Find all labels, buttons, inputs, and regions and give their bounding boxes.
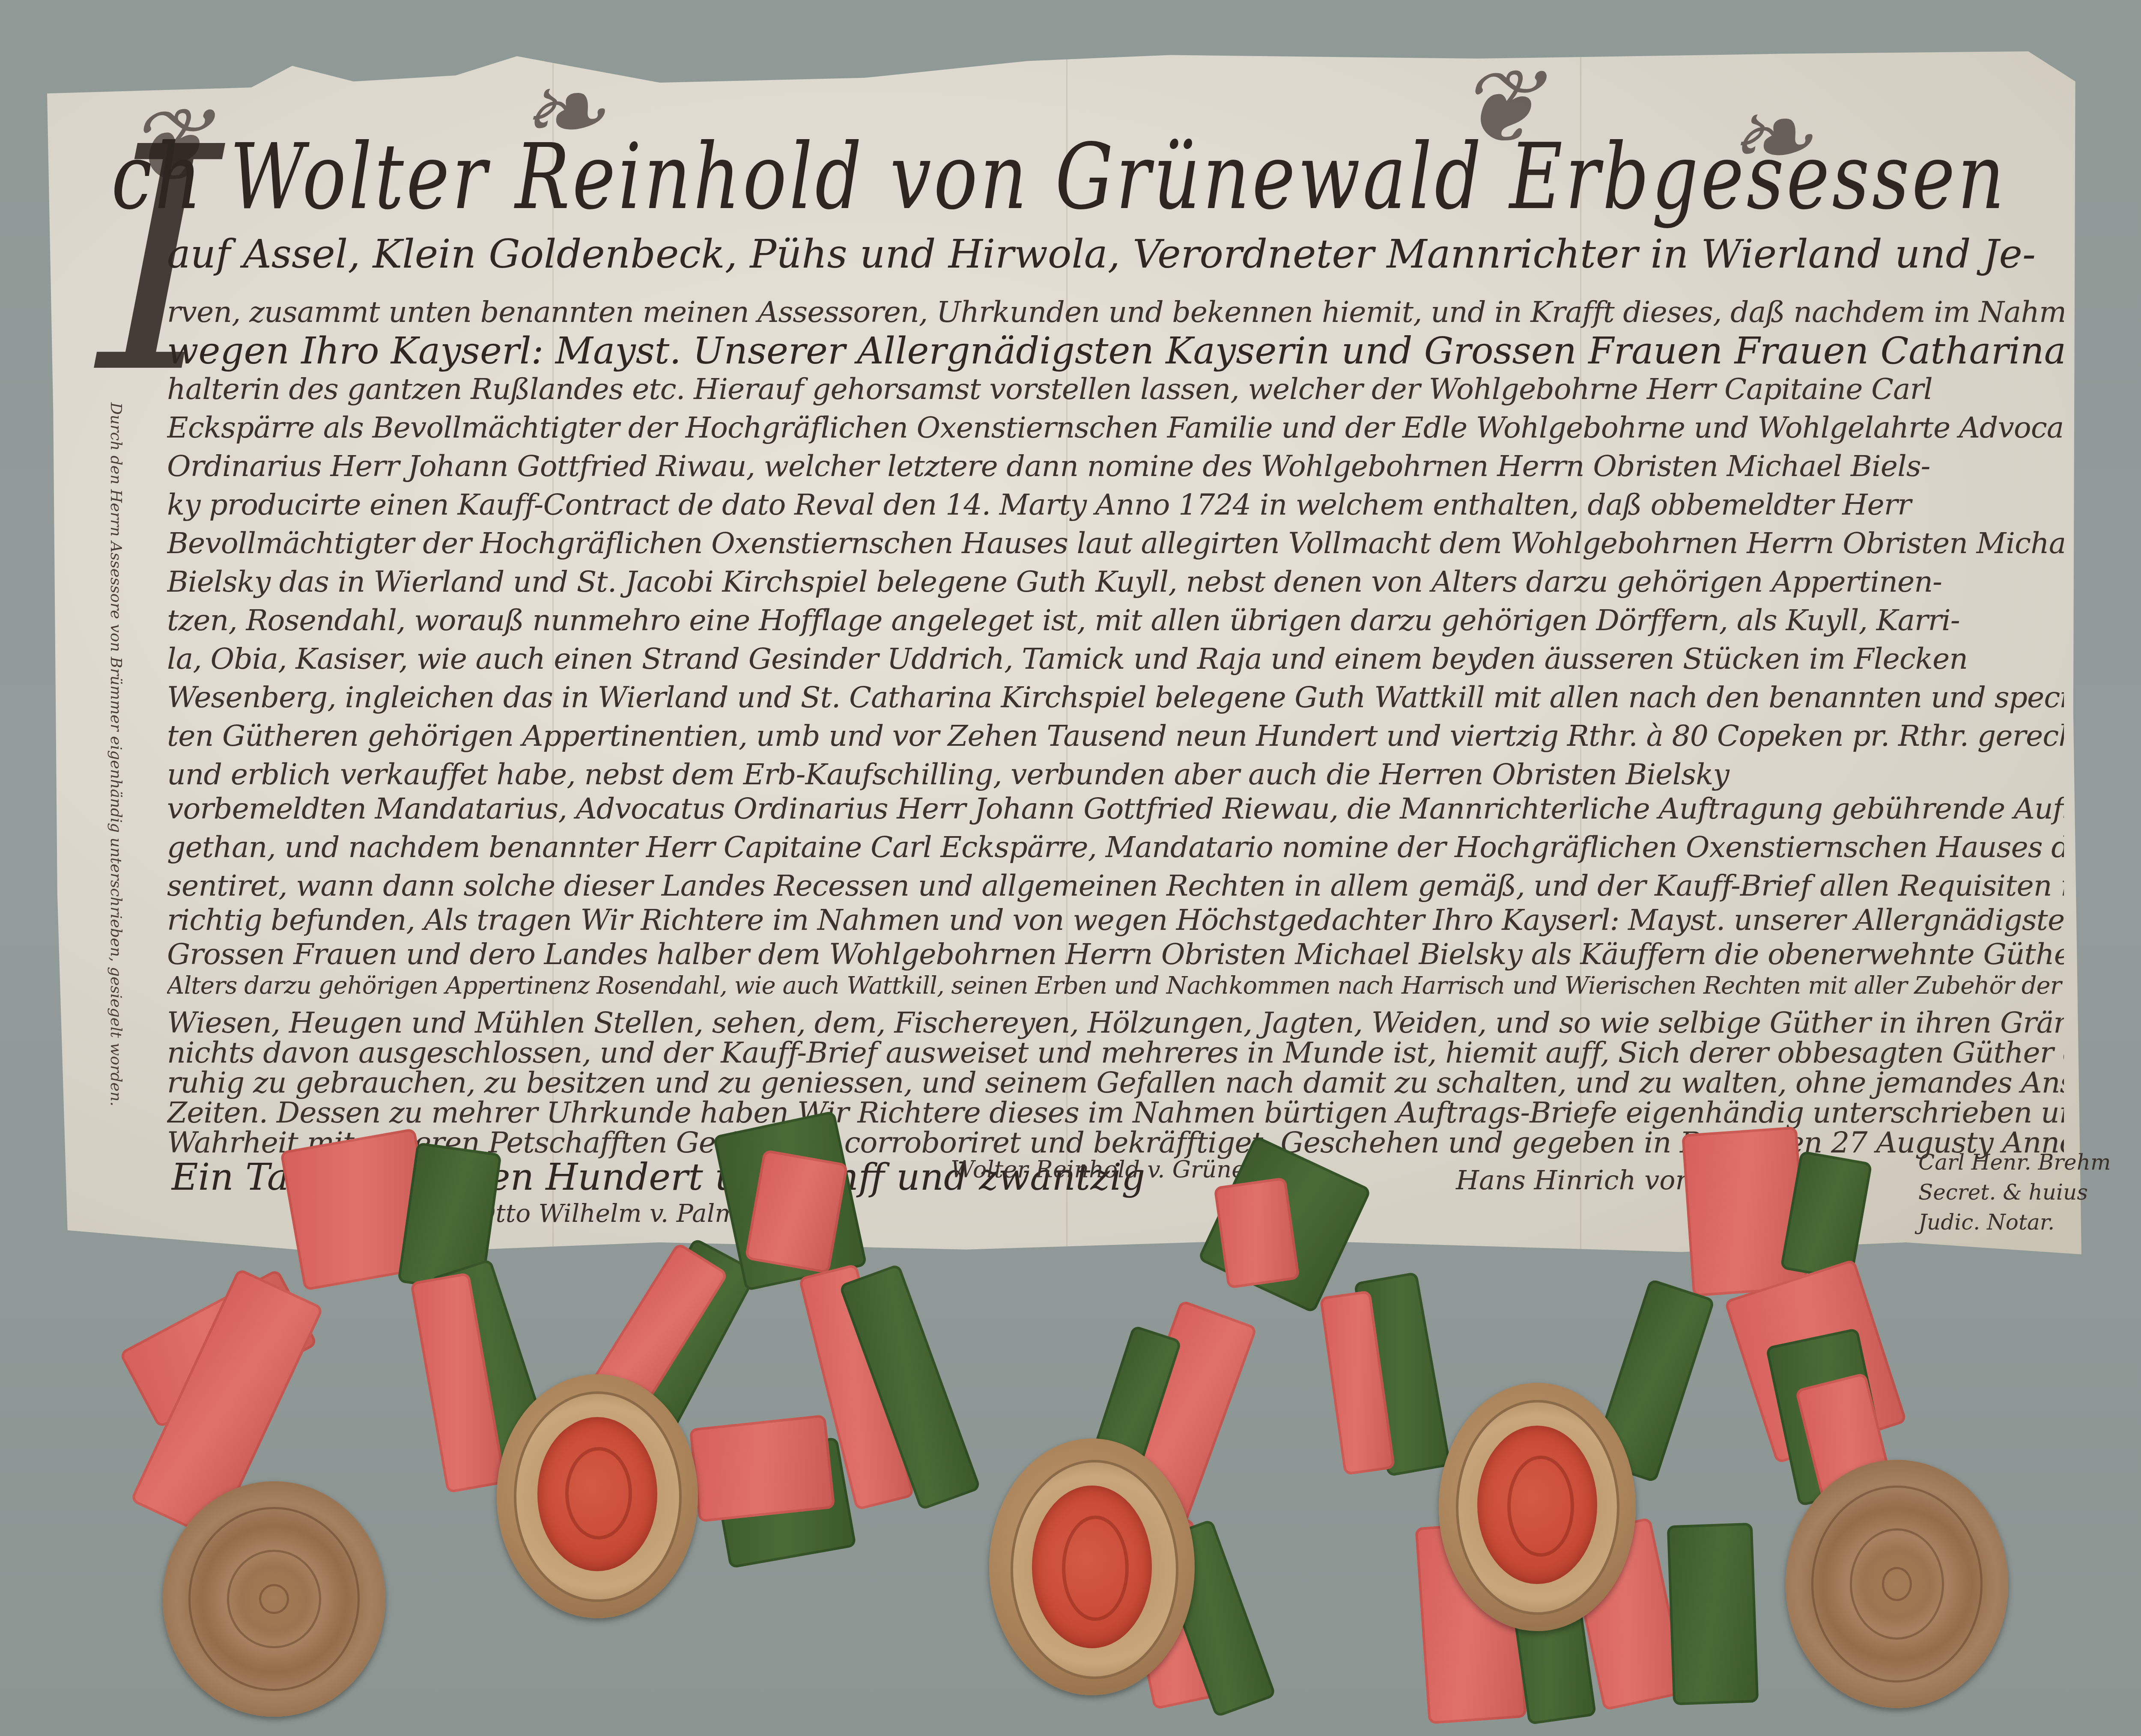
notary-line: Judic. Notar. — [1918, 1207, 2111, 1237]
body-line: gethan, und nachdem benannter Herr Capit… — [167, 831, 2064, 864]
body-line: sentiret, wann dann solche dieser Landes… — [167, 869, 2064, 903]
wax-seal-3 — [1439, 1383, 1636, 1631]
margin-note: Durch den Herrn Assessore von Brümmer ei… — [107, 402, 125, 1106]
ribbon-red — [1682, 1126, 1808, 1297]
notary-line: Carl Henr. Brehm — [1918, 1147, 2111, 1177]
body-line: ruhig zu gebrauchen, zu besitzen und zu … — [167, 1066, 2064, 1100]
body-line: rven, zusammt unten benannten meinen Ass… — [167, 295, 2064, 329]
wax-seal-2 — [989, 1438, 1195, 1695]
body-line: tzen, Rosendahl, worauß nunmehro eine Ho… — [167, 604, 2064, 637]
body-line: Eckspärre als Bevollmächtigter der Hochg… — [167, 411, 2064, 445]
body-line: vorbemeldten Mandatarius, Advocatus Ordi… — [167, 792, 2064, 826]
wax-seal-1 — [497, 1374, 698, 1618]
seal-lid-right — [1786, 1460, 2008, 1708]
notary-signature: Carl Henr. Brehm Secret. & huius Judic. … — [1918, 1147, 2111, 1237]
ribbon-red — [1214, 1177, 1300, 1289]
seal-lid-left — [163, 1481, 385, 1717]
body-line: Ordinarius Herr Johann Gottfried Riwau, … — [167, 450, 2064, 483]
body-line: wegen Ihro Kayserl: Mayst. Unserer Aller… — [167, 330, 2064, 372]
document-heading: ch Wolter Reinhold von Grünewald Erbgese… — [111, 124, 2081, 230]
body-line: Bielsky das in Wierland und St. Jacobi K… — [167, 565, 2064, 599]
body-line: richtig befunden, Als tragen Wir Richter… — [167, 903, 2064, 937]
signature-palmar: Otto Wilhelm v. Palmar — [475, 1199, 765, 1228]
body-line: Wiesen, Heugen und Mühlen Stellen, sehen… — [167, 1006, 2064, 1040]
body-line: Zeiten. Dessen zu mehrer Uhrkunde haben … — [167, 1096, 2064, 1130]
ribbon-green — [1667, 1523, 1759, 1706]
body-line: la, Obia, Kasiser, wie auch einen Strand… — [167, 642, 2064, 676]
body-line: nichts davon ausgeschlossen, und der Kau… — [167, 1036, 2064, 1070]
body-line: ten Gütheren gehörigen Appertinentien, u… — [167, 719, 2064, 753]
body-line: Alters darzu gehörigen Appertinenz Rosen… — [167, 972, 2064, 1000]
notary-line: Secret. & huius — [1918, 1177, 2111, 1207]
body-line: Grossen Frauen und dero Landes halber de… — [167, 938, 2064, 971]
body-line: ky producirte einen Kauff-Contract de da… — [167, 488, 2064, 522]
ribbon-red — [689, 1414, 835, 1522]
body-line: Bevollmächtigter der Hochgräflichen Oxen… — [167, 527, 2064, 560]
body-line: Wesenberg, ingleichen das in Wierland un… — [167, 681, 2064, 715]
body-line: und erblich verkauffet habe, nebst dem E… — [167, 758, 2064, 792]
heading-line-2: auf Assel, Klein Goldenbeck, Pühs und Hi… — [167, 231, 2064, 277]
body-line: halterin des gantzen Rußlandes etc. Hier… — [167, 372, 2064, 406]
